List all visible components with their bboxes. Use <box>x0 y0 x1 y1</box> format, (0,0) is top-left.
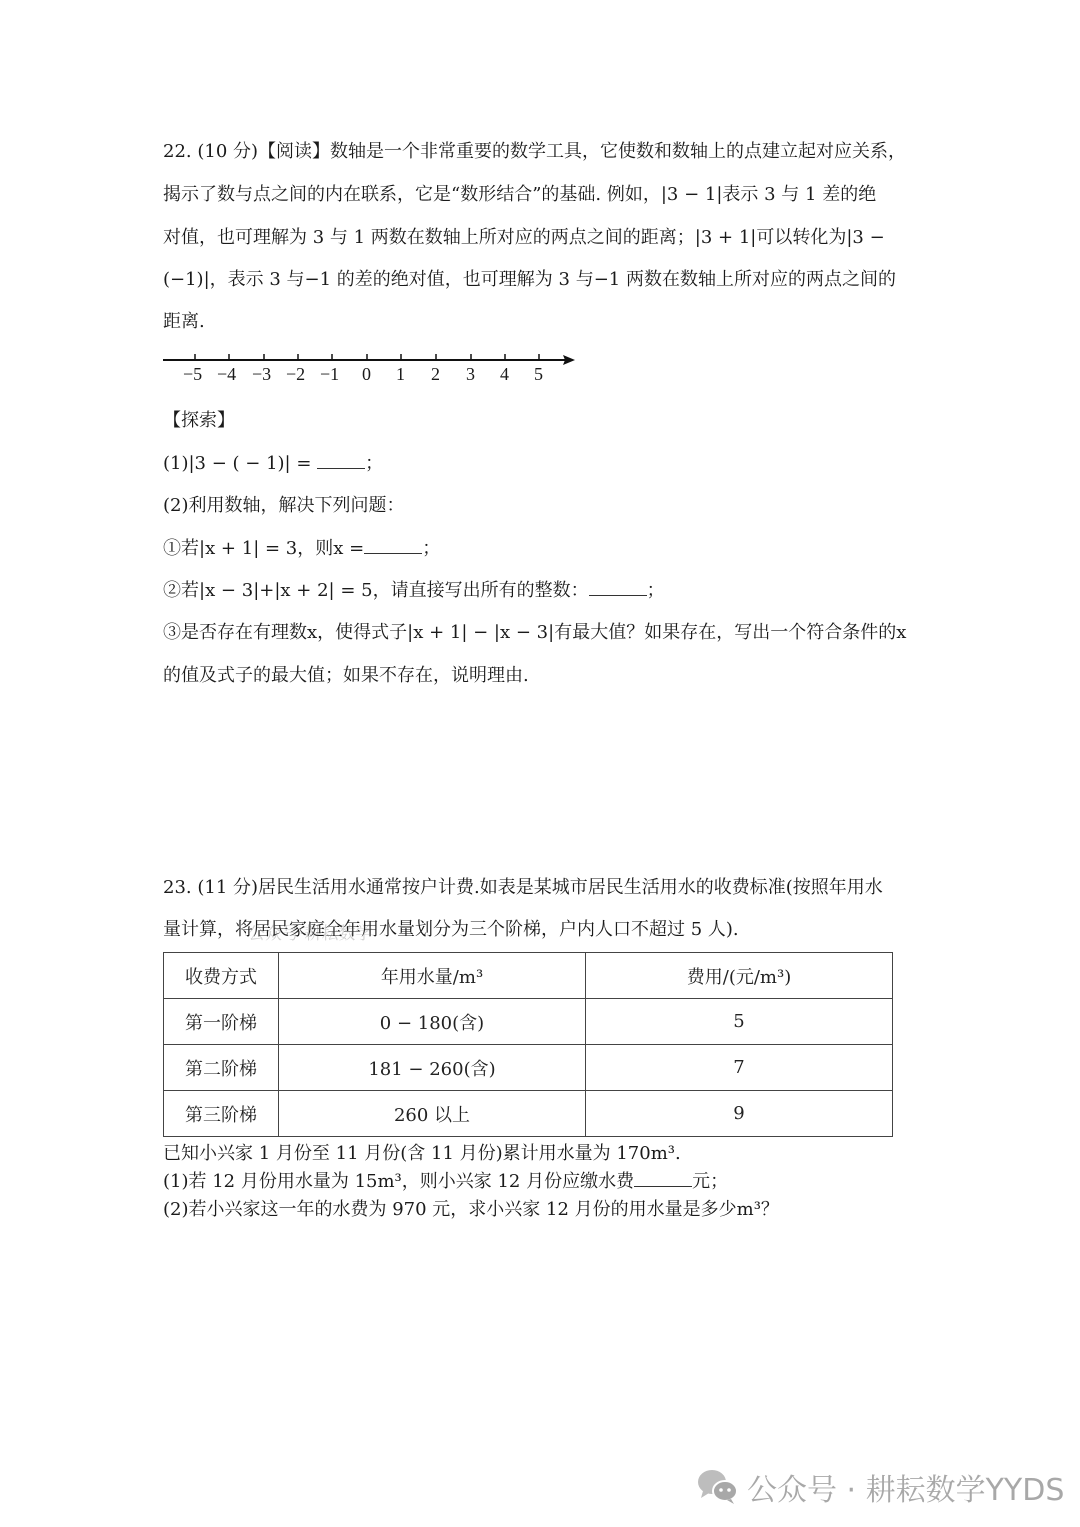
q22-part-2a: ①若|x + 1| = 3，则x =； <box>163 537 440 561</box>
tick-label: 1 <box>396 364 405 385</box>
q22-line-2: 揭示了数与点之间的内在联系，它是“数形结合”的基础. 例如，|3 − 1|表示 … <box>163 183 876 207</box>
water-fee-table: 收费方式 年用水量/m³ 费用/(元/m³) 第一阶梯 0 − 180(含) 5… <box>163 952 893 1137</box>
table-row: 第三阶梯 260 以上 9 <box>164 1091 893 1137</box>
q22-part-1-suffix: ； <box>365 453 383 474</box>
table-header-row: 收费方式 年用水量/m³ 费用/(元/m³) <box>164 953 893 999</box>
q22-part-2a-text: ①若|x + 1| = 3，则x = <box>163 538 364 559</box>
q22-part-2c-line-1: ③是否存在有理数x，使得式子|x + 1| − |x − 3|有最大值？如果存在… <box>163 621 906 645</box>
table-header: 年用水量/m³ <box>279 953 586 999</box>
tick-label: −5 <box>183 364 202 385</box>
watermark: 公众号 · 耕耘数学YYDS <box>697 1465 1064 1509</box>
table-header: 收费方式 <box>164 953 279 999</box>
table-row: 第一阶梯 0 − 180(含) 5 <box>164 999 893 1045</box>
tick-label: −1 <box>320 364 339 385</box>
q23-part-2: (2)若小兴家这一年的水费为 970 元，求小兴家 12 月份的用水量是多少m³… <box>163 1198 779 1222</box>
q23-part-1-suffix: 元； <box>692 1171 728 1192</box>
table-cell: 第二阶梯 <box>164 1045 279 1091</box>
q22-line-1: 22. (10 分)【阅读】数轴是一个非常重要的数学工具，它使数和数轴上的点建立… <box>163 140 906 164</box>
tick-label: 3 <box>466 364 475 385</box>
answer-blank[interactable] <box>634 1170 692 1187</box>
q22-part-2: (2)利用数轴，解决下列问题： <box>163 494 405 518</box>
tick-label: 5 <box>534 364 543 385</box>
table-cell: 260 以上 <box>279 1091 586 1137</box>
table-header: 费用/(元/m³) <box>586 953 893 999</box>
table-cell: 181 − 260(含) <box>279 1045 586 1091</box>
q22-line-5: 距离. <box>163 310 205 334</box>
answer-blank[interactable] <box>364 537 422 554</box>
q23-part-1: (1)若 12 月份用水量为 15m³，则小兴家 12 月份应缴水费元； <box>163 1170 728 1194</box>
q22-part-1-text: (1)|3 − ( − 1)| = <box>163 453 317 474</box>
table-cell: 第三阶梯 <box>164 1091 279 1137</box>
q22-line-3: 对值，也可理解为 3 与 1 两数在数轴上所对应的两点之间的距离；|3 + 1|… <box>163 226 885 250</box>
q22-part-2a-suffix: ； <box>422 538 440 559</box>
q22-line-4: (−1)|，表示 3 与−1 的差的绝对值，也可理解为 3 与−1 两数在数轴上… <box>163 268 896 292</box>
q22-part-2b-text: ②若|x − 3|+|x + 2| = 5，请直接写出所有的整数： <box>163 580 589 601</box>
q22-part-2b-suffix: ； <box>647 580 665 601</box>
table-cell: 5 <box>586 999 893 1045</box>
tick-label: 2 <box>431 364 440 385</box>
q23-line-1: 23. (11 分)居民生活用水通常按户计费.如表是某城市居民生活用水的收费标准… <box>163 876 883 900</box>
table-row: 第二阶梯 181 − 260(含) 7 <box>164 1045 893 1091</box>
tick-label: −4 <box>217 364 236 385</box>
q22-part-1: (1)|3 − ( − 1)| = ； <box>163 452 383 476</box>
overlay-watermark: 公众号·耕耘数学 <box>248 919 372 944</box>
q23-part-1-text: (1)若 12 月份用水量为 15m³，则小兴家 12 月份应缴水费 <box>163 1171 634 1192</box>
tick-label: 0 <box>362 364 371 385</box>
number-line: −5 −4 −3 −2 −1 0 1 2 3 4 5 <box>163 345 583 390</box>
wechat-icon <box>697 1469 739 1505</box>
table-cell: 0 − 180(含) <box>279 999 586 1045</box>
table-cell: 9 <box>586 1091 893 1137</box>
explore-heading: 【探索】 <box>163 409 235 433</box>
q23-given: 已知小兴家 1 月份至 11 月份(含 11 月份)累计用水量为 170m³. <box>163 1142 681 1166</box>
table-cell: 第一阶梯 <box>164 999 279 1045</box>
tick-label: 4 <box>500 364 509 385</box>
answer-blank[interactable] <box>589 579 647 596</box>
tick-label: −2 <box>286 364 305 385</box>
answer-blank[interactable] <box>317 452 365 469</box>
watermark-text: 公众号 · 耕耘数学YYDS <box>747 1465 1064 1509</box>
table-cell: 7 <box>586 1045 893 1091</box>
q22-part-2c-line-2: 的值及式子的最大值；如果不存在，说明理由. <box>163 664 529 688</box>
q22-part-2b: ②若|x − 3|+|x + 2| = 5，请直接写出所有的整数：； <box>163 579 665 603</box>
tick-label: −3 <box>252 364 271 385</box>
